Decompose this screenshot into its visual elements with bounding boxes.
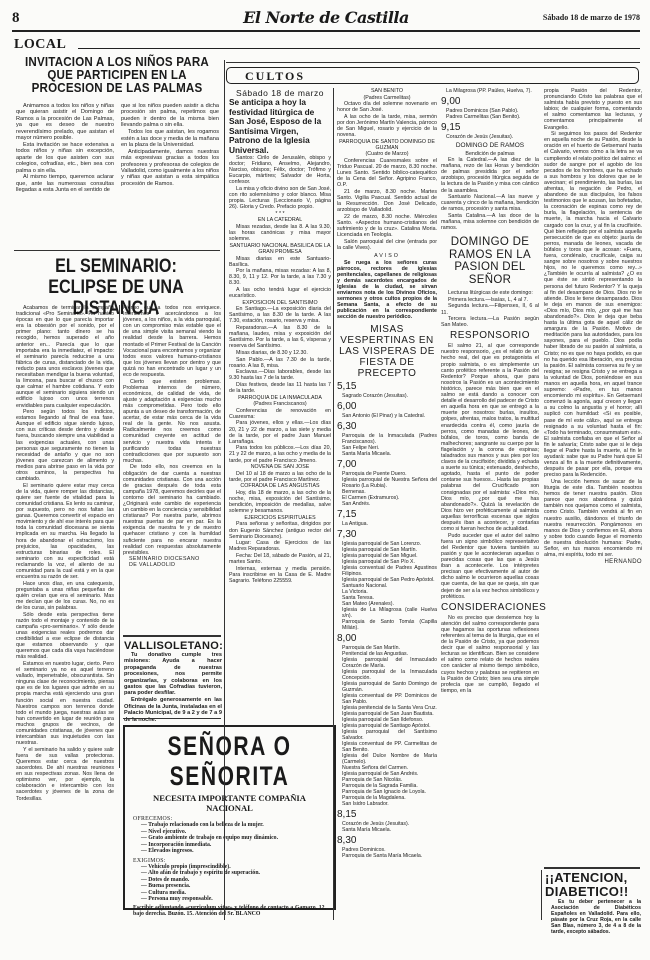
vallisoletano-title: VALLISOLETANO: (124, 640, 222, 652)
church-name: Iglesia parroquial de la Inmaculada Conc… (337, 669, 437, 681)
paragraph: Acabamos de terminar la campaña tradicio… (16, 305, 114, 409)
paragraph: Estamos en nuestro lugar, cierto. Pero e… (16, 661, 114, 746)
paragraph: Segunda lectura.—Filipenses, II, 6 al 11… (441, 303, 539, 315)
paragraph: Animamos a todos los niños y niñas que q… (16, 103, 114, 141)
paragraph: Esta invitación se hace extensiva a todo… (16, 142, 114, 174)
masthead-rule (12, 30, 640, 32)
paragraph: Lecturas litúrgicas de este domingo: (441, 290, 539, 296)
column-divider (541, 870, 542, 920)
paragraph: Misas rezadas, desde las 8. A las 9.30, … (229, 224, 331, 242)
paragraph: En Santiago.—La exposición diaria del Sa… (229, 306, 331, 324)
paragraph: San Pablo.—A las 7.30 de la tarde, rosar… (229, 357, 331, 369)
church-name: San Andrés. (337, 501, 437, 507)
palmas-col-2: que si los niños pueden asistir a dicha … (121, 103, 219, 188)
church-name: Iglesia del Dulce Nombre de María (Carme… (337, 753, 437, 765)
section-label: LOCAL (14, 37, 66, 53)
heading-guzman-sub: (Cuatro de Marzo) (337, 151, 437, 157)
heading-aviso: AVISO (337, 253, 437, 259)
paragraph: Anticipadamente, damos nuestras más expr… (121, 149, 219, 187)
paragraph: Para todos los públicos.—Los días 20, 21… (229, 445, 331, 463)
heading-domingo-ramos: DOMINGO DE RAMOS (441, 142, 539, 150)
cultos-header-box: CULTOS (226, 67, 639, 84)
column-divider (333, 88, 334, 920)
paragraph: Fecha: Del 18, sábado de Pasión, al 21, … (229, 553, 331, 565)
paragraph: Sólo desde esta perspectiva tiene razón … (16, 612, 114, 661)
cultos-col-1: Sábado 18 de marzo Se anticipa a hoy la … (229, 88, 331, 584)
heading-inmaculada-sub: (Padres Franciscanos) (229, 401, 331, 407)
church-name: San Antonio (El Pinar) y la Catedral. (337, 413, 437, 419)
paragraph: 21 de marzo, 8.30 noche. Martes Santo. V… (337, 189, 437, 213)
mass-time: 9,00 (441, 96, 539, 108)
ad-require-item: Persona muy responsable. (133, 896, 326, 903)
heading-santuario: SANTUARIO NACIONAL BASILICA DE LA GRAN P… (229, 243, 331, 255)
cultos-title: CULTOS (245, 69, 305, 84)
divider (14, 250, 220, 251)
cultos-col-4: propia Pasión del Redentor, pronunciando… (544, 88, 642, 565)
section-rule (78, 48, 640, 49)
heading-consideraciones: CONSIDERACIONES (441, 602, 539, 613)
divider (123, 718, 221, 719)
church-name: Iglesia conventual de PP. Dominicos de S… (337, 693, 437, 705)
paragraph: Y el seminario ha salido y quiere salir … (16, 747, 114, 802)
paragraph: 22 de marzo, 8.30 noche. Miércoles Santo… (337, 214, 437, 238)
paragraph: A las ocho tendrá lugar el ejercicio euc… (229, 287, 331, 299)
paragraph: Al mismo tiempo, queremos aclarar que, a… (16, 174, 114, 193)
paragraph: Reparadoras.—A las 8.30 de la mañana, la… (229, 325, 331, 349)
paragraph: Todos los que asistan, les rogamos estén… (121, 129, 219, 148)
church-name: La Milagrosa (PP. Paúles, Huelva, 7). (441, 88, 539, 94)
heading-novena: NOVENA DE SAN JOSE (229, 464, 331, 470)
paragraph: Hace unos días, en una catequesis, pregu… (16, 581, 114, 611)
palmas-headline: INVITACION A LOS NIÑOS PARA QUE PARTICIP… (22, 56, 212, 95)
paragraph: Santa Catalina.—A las doce de la mañana,… (441, 213, 539, 231)
mass-time: 8,30 (337, 835, 437, 847)
vallisoletano-box: VALLISOLETANO: Tu donativo cumple tres m… (124, 640, 222, 723)
paragraph: Esclavas.—Días laborables, desde las 9.3… (229, 369, 331, 381)
heading-guzman: PARROQUIA DE SANTO DOMINGO DE GUZMAN (337, 139, 437, 151)
column-divider (119, 305, 120, 768)
mass-time: 7,00 (337, 459, 437, 471)
mass-time: 6,00 (337, 401, 437, 413)
mass-time: 9,15 (441, 122, 539, 134)
paragraph: El seminario quiere estar muy cerca de l… (16, 483, 114, 581)
mass-time: 8,15 (337, 809, 437, 821)
paragraph: Octavo día del solemne novenario en hono… (337, 101, 437, 113)
paragraph: Salón parroquial del cine (entrada por l… (337, 239, 437, 251)
vallisoletano-body-2: Entrégalo generosamente en las Oficinas … (124, 697, 222, 723)
mass-time: 6,30 (337, 421, 437, 433)
aviso-body: Se ruega a los señores curas párrocos, r… (337, 260, 437, 321)
mass-time: 7,30 (337, 529, 437, 541)
heading-cofradia: COFRADIA DE LAS ANGUSTIAS (229, 483, 331, 489)
church-name: Iglesia parroquial del Santísimo Salvado… (337, 729, 437, 741)
divider (226, 62, 640, 63)
paragraph: Para jóvenes, ellos y ellas.—Los días 20… (229, 420, 331, 444)
palmas-headline-block: INVITACION A LOS NIÑOS PARA QUE PARTICIP… (14, 56, 220, 95)
church-name: San Isidro Labrador. (337, 801, 437, 807)
column-divider (224, 60, 225, 920)
diabetico-title: ¡¡ATENCION, DIABETICO!! (545, 871, 641, 899)
paragraph: Pudo suceder que el autor del salmo fuer… (441, 533, 539, 600)
article-heading-pasion: DOMINGO DE RAMOS EN LA PASION DEL SEÑOR (441, 236, 539, 286)
heading-misas-vespertinas: MISAS VESPERTINAS EN LAS VISPERAS DE FIE… (337, 324, 437, 379)
paragraph: El salmo 21, al que corresponde nuestro … (441, 343, 539, 532)
ad-footer: Escribir adjuntando «curriculum vitae» y… (133, 905, 326, 918)
diabetico-body: Es tu deber pertenecer a la Asociación d… (545, 899, 641, 935)
seminario-col-1: Acabamos de terminar la campaña tradicio… (16, 305, 114, 802)
paragraph: Santuario Nacional.—A las nueve y cuaren… (441, 194, 539, 212)
church-name: Iglesia parroquial de Santo Domingo de G… (337, 681, 437, 693)
diabetico-notice: ¡¡ATENCION, DIABETICO!! Es tu deber pert… (545, 871, 641, 936)
paragraph: A las ocho de la tarde, misa, sermón por… (337, 114, 437, 138)
mass-time: 7,15 (337, 509, 437, 521)
church-name: Parroquia de la Inmaculada (Padres Franc… (337, 433, 437, 445)
paragraph: Días festivos, desde las 11 hasta las 7 … (229, 382, 331, 394)
mass-time: 5,15 (337, 381, 437, 393)
church-name: Santa María Micaela. (337, 827, 437, 833)
cultos-col-2: SAN BENITO (Padres Carmelitas) Octavo dí… (337, 88, 437, 859)
paragraph: De todo ello, nos creemos en la obligaci… (123, 464, 221, 555)
church-name: Iglesia de La Milagrosa (calle Huelva s/… (337, 607, 437, 619)
paragraph: Primera lectura.—Isaías, L, 4 al 7. (441, 297, 539, 303)
palmas-col-1: Animamos a todos los niños y niñas que q… (16, 103, 114, 194)
heading-inmaculada: PARROQUIA DE LA INMACULADA (229, 395, 331, 401)
paragraph: Cierto que existen problemas. Problemas … (123, 379, 221, 464)
paragraph: Misas diarias en este Santuario-Basílica… (229, 256, 331, 268)
heading-responsorio: RESPONSORIO (441, 330, 539, 341)
paragraph: Pienso que a todos nos enriquece. Intent… (123, 305, 221, 378)
paragraph: Conferencias de renovación en Cuaresma: (229, 408, 331, 420)
divider (544, 867, 640, 869)
heading-ejercicios: EJERCICIOS ESPIRITUALES (229, 515, 331, 521)
paragraph: Misas diarias, de 8.30 y 12.30. (229, 350, 331, 356)
heading-bendicion: Bendición de palmas (441, 151, 539, 157)
church-name: Corazón de Jesús (Jesuitas). (441, 134, 539, 140)
paragraph: Pero según todos los indicios, estamos l… (16, 409, 114, 482)
mass-time: 8,00 (337, 633, 437, 645)
paragraph: La misa y oficio divino son de San José,… (229, 186, 331, 210)
paragraph: Por la mañana, misas rezadas: A las 8, 8… (229, 268, 331, 286)
issue-date: Sábado 18 de marzo de 1978 (543, 13, 640, 22)
ad-offer-item: Elevados ingresos. (133, 848, 326, 855)
paragraph: Una lección hemos de sacar de la liturgi… (544, 479, 642, 558)
paragraph: En la Catedral.—A las diez de la mañana,… (441, 157, 539, 194)
heading-exposicion: EXPOSICION DEL SANTISIMO (229, 300, 331, 306)
paragraph: que si los niños pueden asistir a dicha … (121, 103, 219, 129)
ad-subtitle: NECESITA IMPORTANTE COMPAÑIA NACIONAL (133, 793, 326, 813)
ad-title: SEÑORA O SEÑORITA (154, 731, 305, 791)
paragraph: No es preciso que desviemos hoy la atenc… (441, 615, 539, 694)
cultos-lead: Se anticipa a hoy la festividad litúrgic… (229, 98, 331, 155)
heading-san-benito: SAN BENITO (337, 88, 437, 94)
church-name: Padres Carmelitas (San Benito). (441, 114, 539, 120)
paragraph: Santos: Cirilo de Jerusalén, obispo y do… (229, 155, 331, 185)
paragraph: Para señoras y señoritas, dirigidos por … (229, 521, 331, 539)
heading-san-benito-sub: (Padres Carmelitas) (337, 95, 437, 101)
church-name: Iglesia conventual de Padres Agustinos F… (337, 565, 437, 577)
paragraph: Conferencias Cuaresmales sobre el Triduo… (337, 158, 437, 188)
church-name: Parroquia de Santa María Micaela. (337, 853, 437, 859)
separator-stars: * * * (229, 211, 331, 217)
church-name: Parroquia de Santo Tomás (Capilla Milián… (337, 619, 437, 631)
church-name: Iglesia parroquial de Nuestra Señora del… (337, 477, 437, 489)
heading-catedral: EN LA CATEDRAL (229, 217, 331, 223)
paragraph: Lugar: Casa de Ejercicios de las Madres … (229, 540, 331, 552)
paragraph: Tercera lectura.—La Pasión según San Mat… (441, 316, 539, 328)
church-name: Iglesia conventual de PP. Carmelitas de … (337, 741, 437, 753)
divider (123, 635, 221, 637)
church-name: Santa María Micaela. (337, 451, 437, 457)
paragraph: Del 10 al 18 de marzo a las ocho de la t… (229, 471, 331, 483)
church-name: Iglesia parroquial del Inmaculado Corazó… (337, 657, 437, 669)
church-name: Sagrado Corazón (Jesuitas). (337, 393, 437, 399)
cultos-col-3: La Milagrosa (PP. Paúles, Huelva, 7). 9,… (441, 88, 539, 694)
paragraph: Hoy, día 18 de marzo, a las ocho de la n… (229, 490, 331, 514)
seminario-col-2: Pienso que a todos nos enriquece. Intent… (123, 305, 221, 569)
job-advertisement: SEÑORA O SEÑORITA NECESITA IMPORTANTE CO… (123, 725, 336, 910)
paragraph: Internas, externas y media pensión. Para… (229, 566, 331, 584)
article-signature: HERNANDO (544, 559, 642, 565)
seminario-signature-2: DE VALLADOLID (123, 562, 221, 568)
church-name: La Antigua. (337, 521, 437, 527)
vallisoletano-body: Tu donativo cumple tres misiones: Ayuda … (124, 652, 222, 697)
paragraph: propia Pasión del Redentor, pronunciando… (544, 88, 642, 131)
paragraph: Si seguimos los pasos del Redentor en aq… (544, 131, 642, 478)
